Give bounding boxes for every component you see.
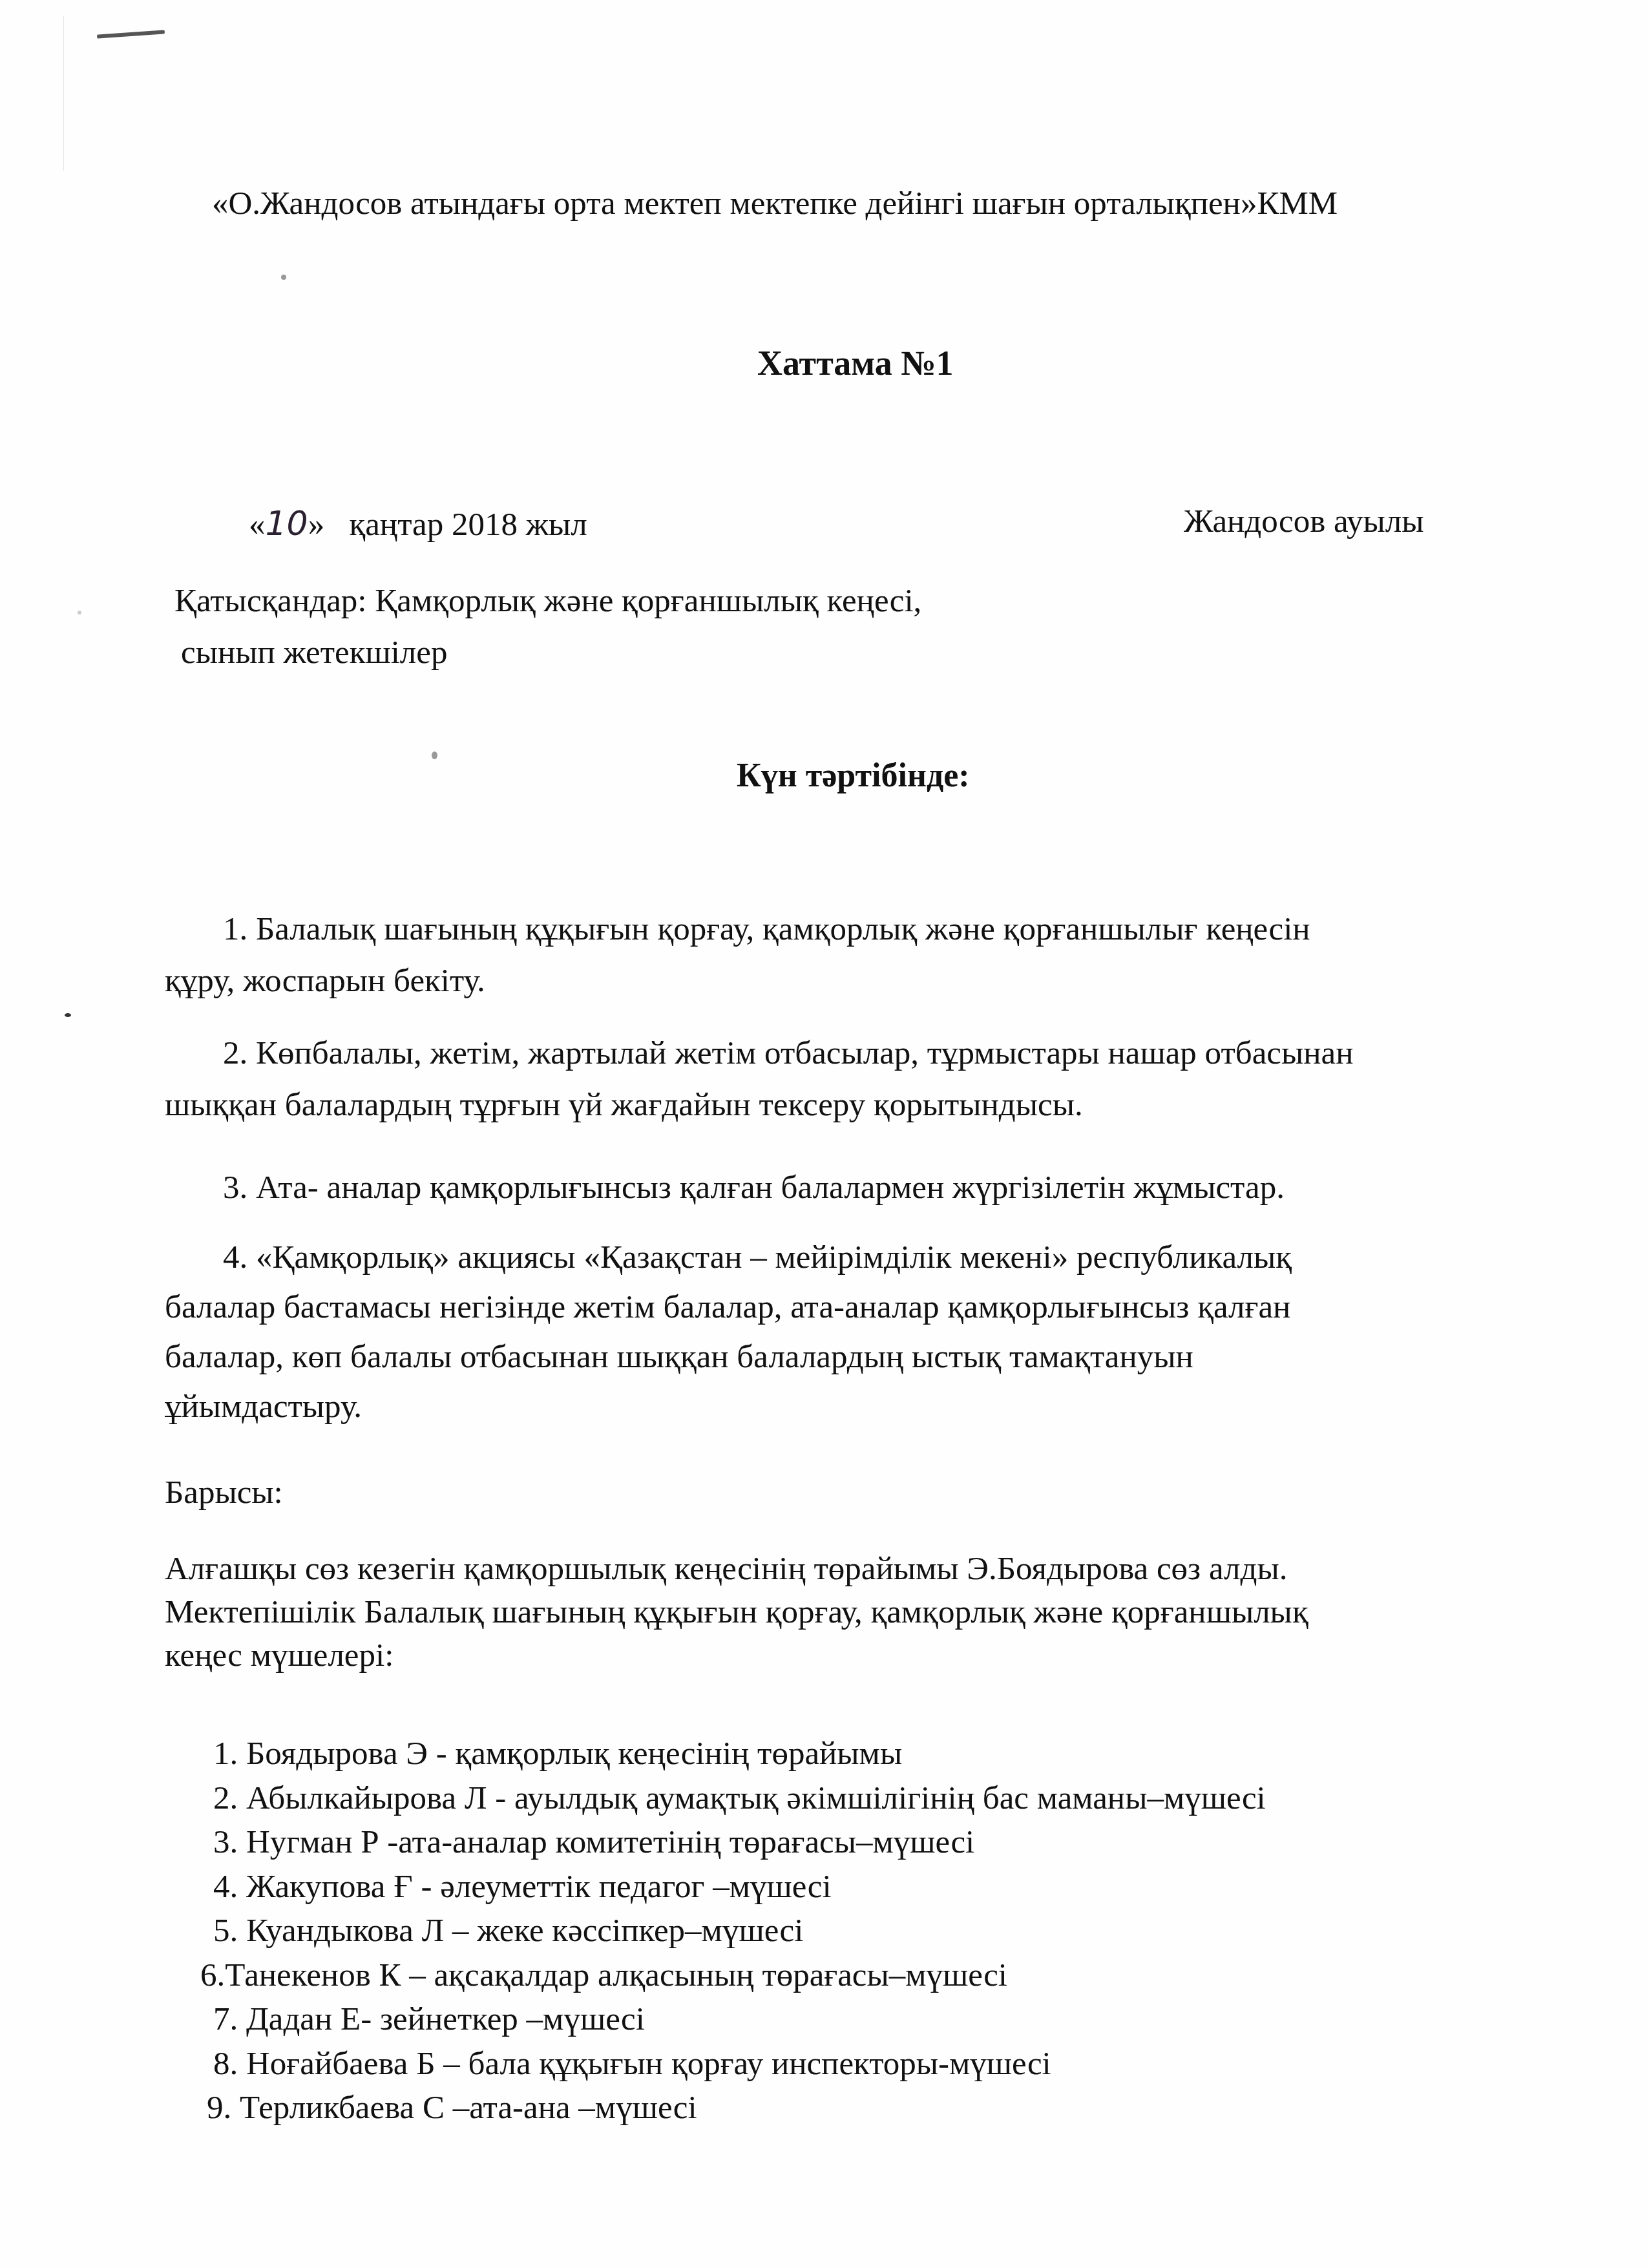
agenda-item-3-line-1: 3. Ата- аналар қамқорлығынсыз қалған бал… (165, 1162, 1554, 1213)
date-month-year: қаңтар 2018 жыл (349, 507, 587, 543)
agenda-heading: Күн тәртібінде: (737, 759, 970, 793)
participants-line-2: сынып жетекшілер (181, 636, 447, 669)
member-item: 8. Ноғайбаева Б – бала құқығын қорғау ин… (213, 2042, 1266, 2086)
document-title: Хаттама №1 (757, 346, 954, 381)
handwritten-day: 10 (266, 505, 308, 543)
intro-line-3: кеңес мүшелері: (165, 1634, 1308, 1677)
intro-line-2: Мектепішілік Балалық шағының құқығын қор… (165, 1591, 1308, 1634)
agenda-item-4-line-4: ұйымдастыру. (165, 1382, 1554, 1432)
member-item: 5. Куандыкова Л – жеке кәссіпкер–мүшесі (213, 1909, 1266, 1953)
document-place: Жандосов ауылы (1184, 505, 1424, 538)
agenda-item-1-line-2: құру, жоспарын бекіту. (165, 955, 1554, 1007)
agenda-item-1-line-1: 1. Балалық шағының құқығын қорғау, қамқо… (165, 903, 1554, 955)
member-item: 7. Дадан Е- зейнеткер –мүшесі (213, 1997, 1266, 2042)
agenda-item-4: 4. «Қамқорлық» акциясы «Қазақстан – мейі… (165, 1233, 1554, 1432)
document-date: «10» қаңтар 2018 жыл (249, 507, 587, 541)
proceedings-intro: Алғашқы сөз кезегін қамқоршылық кеңесіні… (165, 1548, 1308, 1677)
member-item: 2. Абылкайырова Л - ауылдық аумақтық әкі… (213, 1776, 1266, 1821)
member-item: 4. Жакупова Ғ - әлеуметтік педагог –мүше… (213, 1865, 1266, 1909)
institution-header: «О.Жандосов атындағы орта мектеп мектепк… (212, 187, 1338, 220)
agenda-item-4-line-1: 4. «Қамқорлық» акциясы «Қазақстан – мейі… (165, 1233, 1554, 1283)
intro-line-1: Алғашқы сөз кезегін қамқоршылық кеңесіні… (165, 1548, 1308, 1591)
date-close-quote: » (308, 507, 325, 543)
scan-speck (432, 751, 437, 759)
member-item: 3. Нугман Р -ата-аналар комитетінің төра… (213, 1820, 1266, 1865)
proceedings-heading: Барысы: (165, 1476, 283, 1509)
scan-speck (78, 611, 81, 614)
agenda-item-4-line-3: балалар, көп балалы отбасынан шыққан бал… (165, 1332, 1554, 1382)
agenda-item-2-line-2: шыққан балалардың тұрғын үй жағдайын тек… (165, 1079, 1554, 1131)
member-item: 9. Терликбаева С –ата-ана –мүшесі (207, 2086, 1266, 2130)
scan-speck (281, 275, 286, 280)
scanned-document-page: «О.Жандосов атындағы орта мектеп мектепк… (0, 0, 1649, 2268)
agenda-item-2-line-1: 2. Көпбалалы, жетім, жартылай жетім отба… (165, 1027, 1554, 1079)
agenda-item-3: 3. Ата- аналар қамқорлығынсыз қалған бал… (165, 1162, 1554, 1213)
member-item: 6.Танекенов К – ақсақалдар алқасының төр… (200, 1953, 1266, 1998)
date-open-quote: « (249, 507, 266, 543)
agenda-item-4-line-2: балалар бастамасы негізінде жетім балала… (165, 1283, 1554, 1332)
council-members-list: 1. Боядырова Э - қамқорлық кеңесінің төр… (213, 1732, 1266, 2130)
scan-speck (65, 1013, 71, 1017)
scan-edge-line (63, 16, 64, 171)
agenda-item-1: 1. Балалық шағының құқығын қорғау, қамқо… (165, 903, 1554, 1007)
member-item: 1. Боядырова Э - қамқорлық кеңесінің төр… (213, 1732, 1266, 1776)
agenda-item-2: 2. Көпбалалы, жетім, жартылай жетім отба… (165, 1027, 1554, 1131)
pen-stroke-mark (97, 30, 165, 38)
participants-line-1: Қатысқандар: Қамқорлық және қорғаншылық … (174, 585, 921, 618)
